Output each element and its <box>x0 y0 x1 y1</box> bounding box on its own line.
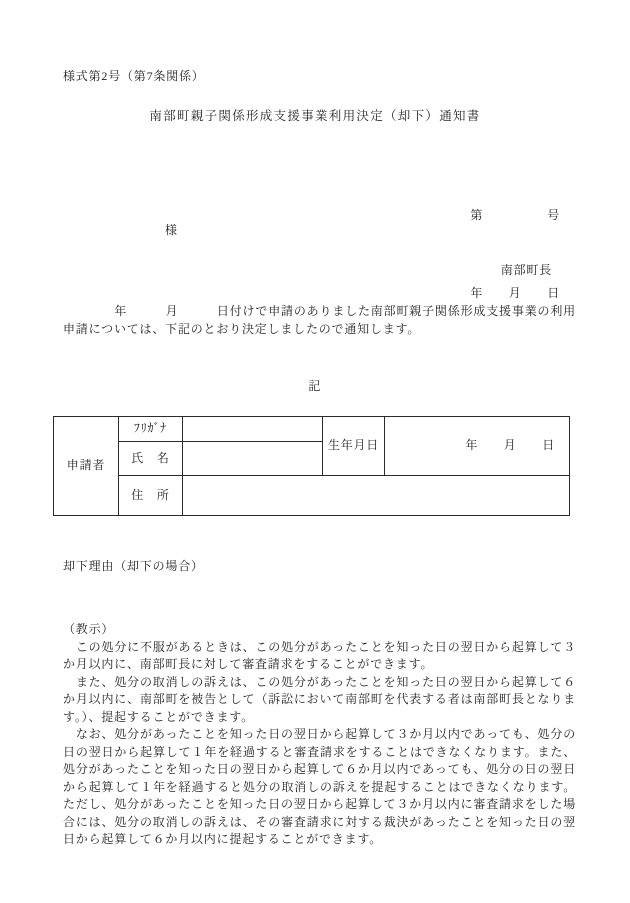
form-id: 様式第2号（第7条関係） <box>63 68 205 86</box>
applicant-table: 申請者 ﾌﾘｶﾞﾅ 生年月日 年 月 日 氏 名 住 所 <box>53 416 570 516</box>
birthdate-field: 年 月 日 <box>385 417 570 476</box>
instructions-heading: （教示） <box>63 621 576 639</box>
document-title: 南部町親子関係形成支援事業利用決定（却下）通知書 <box>0 108 630 126</box>
furigana-label: ﾌﾘｶﾞﾅ <box>119 417 183 442</box>
furigana-field <box>183 417 323 442</box>
applicant-row-header: 申請者 <box>54 417 119 516</box>
rejection-reason-label: 却下理由（却下の場合） <box>63 558 204 576</box>
address-label: 住 所 <box>119 476 183 516</box>
body-paragraph: 年 月 日付けで申請のありました南部町親子関係形成支援事業の利用申請については、… <box>63 303 576 338</box>
instructions-paragraph: この処分に不服があるときは、この処分があったことを知った日の翌日から起算して３か… <box>63 639 576 674</box>
sender-name: 南部町長 <box>501 262 552 280</box>
doc-number-line: 第 号 <box>470 202 560 228</box>
addressee-honorific: 様 <box>165 222 178 240</box>
name-label: 氏 名 <box>119 442 183 476</box>
instructions-paragraph: また、処分の取消しの訴えは、この処分があったことを知った日の翌日から起算して６か… <box>63 674 576 727</box>
instructions-section: （教示） この処分に不服があるときは、この処分があったことを知った日の翌日から起… <box>63 621 576 849</box>
table-row: 申請者 ﾌﾘｶﾞﾅ 生年月日 年 月 日 <box>54 417 570 442</box>
document-page: 様式第2号（第7条関係） 南部町親子関係形成支援事業利用決定（却下）通知書 第 … <box>0 0 630 903</box>
instructions-paragraph: なお、処分があったことを知った日の翌日から起算して３か月以内であっても、処分の日… <box>63 726 576 849</box>
record-marker: 記 <box>0 378 630 396</box>
birthdate-label: 生年月日 <box>323 417 385 476</box>
name-field <box>183 442 323 476</box>
table-row: 住 所 <box>54 476 570 516</box>
address-field <box>183 476 570 516</box>
